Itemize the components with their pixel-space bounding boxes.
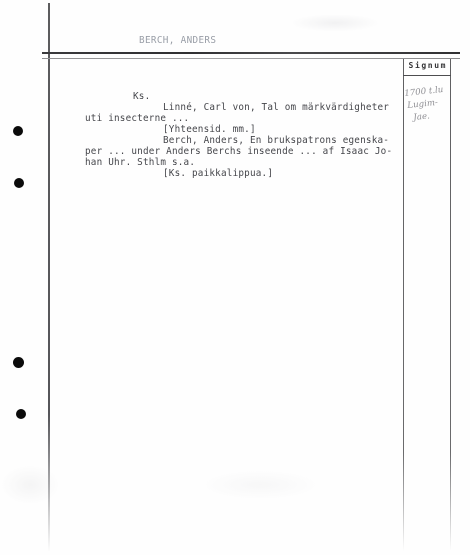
left-margin-rule	[48, 3, 50, 552]
catalog-text-line: Ks.	[133, 92, 150, 102]
catalog-text-line: Linné, Carl von, Tal om märkvärdigheter	[163, 103, 389, 113]
signum-column-left-rule	[403, 59, 404, 551]
scan-smudge	[0, 465, 60, 505]
signum-column-right-rule	[450, 59, 451, 551]
card-heading: BERCH, ANDERS	[139, 35, 216, 46]
catalog-text-line: Berch, Anders, En brukspatrons egenska-	[163, 136, 389, 146]
signum-header-underline	[403, 75, 451, 76]
handwritten-signum-line: Lugim-	[407, 98, 438, 111]
punch-hole	[14, 178, 24, 188]
catalog-text-line: [Yhteensid. mm.]	[163, 125, 256, 135]
top-double-rule-lower	[42, 58, 460, 59]
top-double-rule-upper	[42, 52, 460, 54]
catalog-text-line: uti insecterne ...	[85, 114, 189, 124]
punch-hole	[16, 409, 26, 419]
punch-hole	[13, 126, 23, 136]
handwritten-signum-line: Jae.	[413, 111, 430, 123]
catalog-text-line: per ... under Anders Berchs inseende ...…	[85, 147, 392, 157]
catalog-text-line: han Uhr. Sthlm s.a.	[85, 158, 195, 168]
catalog-card-scan: BERCH, ANDERS Signum 1700 t.lu Lugim- Ja…	[0, 0, 470, 555]
scan-smudge	[290, 14, 380, 32]
catalog-text-line: [Ks. paikkalippua.]	[163, 169, 273, 179]
signum-column-header: Signum	[403, 61, 451, 70]
punch-hole	[13, 357, 24, 368]
handwritten-signum-line: 1700 t.lu	[404, 85, 444, 99]
scan-smudge	[200, 470, 320, 500]
